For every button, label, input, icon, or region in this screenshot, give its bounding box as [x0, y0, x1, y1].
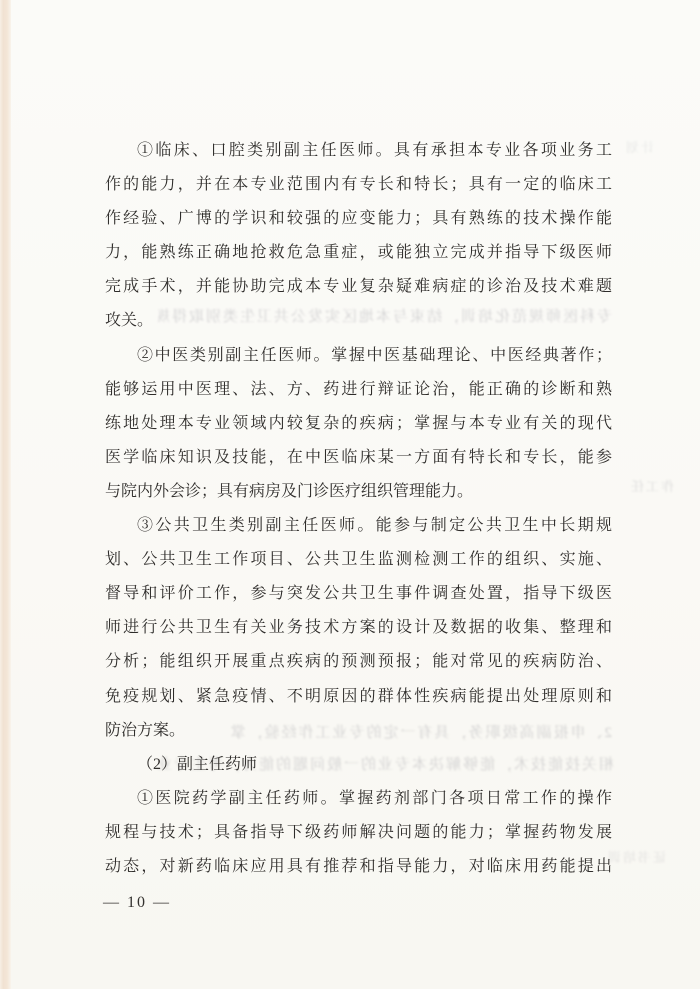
text-line: 练地处理本专业领域内较复杂的疾病；掌握与本专业有关的现代	[105, 407, 612, 441]
text-line: 督导和评价工作，参与突发公共卫生事件调查处置，指导下级医	[105, 577, 612, 611]
text-line: 力，能熟练正确地抢救危急重症，或能独立完成并指导下级医师	[105, 236, 612, 270]
text-line: 作的能力，并在本专业范围内有专长和特长；具有一定的临床工	[105, 168, 612, 202]
text-line: ①临床、口腔类别副主任医师。具有承担本专业各项业务工	[105, 134, 612, 168]
page-number: — 10 —	[103, 892, 171, 914]
text-line: 能够运用中医理、法、方、药进行辩证论治，能正确的诊断和熟	[105, 373, 612, 407]
text-line: 划、公共卫生工作项目、公共卫生监测检测工作的组织、实施、	[105, 543, 612, 577]
text-line: ②中医类别副主任医师。掌握中医基础理论、中医经典著作；	[105, 339, 612, 373]
text-line: 师进行公共卫生有关业务技术方案的设计及数据的收集、整理和	[105, 611, 612, 645]
document-body: ①临床、口腔类别副主任医师。具有承担本专业各项业务工 作的能力，并在本专业范围内…	[105, 134, 612, 884]
scanned-page: 专科医师规范化培训，结束与本地区实发公共卫生类别取得规培 作工任 2、申报副高级…	[0, 0, 700, 989]
text-line: 完成手术，并能协助完成本专业复杂疑难病症的诊治及技术难题	[105, 270, 612, 304]
text-line: 免疫规划、紧急疫情、不明原因的群体性疾病能提出处理原则和	[105, 680, 612, 714]
text-line: 分析；能组织开展重点疾病的预测预报；能对常见的疾病防治、	[105, 645, 612, 679]
text-line: 攻关。	[105, 304, 612, 338]
text-line: 规程与技术；具备指导下级药师解决问题的能力；掌握药物发展	[105, 816, 612, 850]
text-line: 防治方案。	[105, 714, 612, 748]
text-line: 动态，对新药临床应用具有推荐和指导能力，对临床用药能提出	[105, 850, 612, 884]
text-line: 医学临床知识及技能，在中医临床某一方面有特长和专长，能参	[105, 441, 612, 475]
text-line: 与院内外会诊；具有病房及门诊医疗组织管理能力。	[105, 475, 612, 509]
page-edge-strip	[0, 0, 11, 989]
text-line: 作经验、广博的学识和较强的应变能力；具有熟练的技术操作能	[105, 202, 612, 236]
text-line: ①医院药学副主任药师。掌握药剂部门各项日常工作的操作	[105, 782, 612, 816]
text-line: ③公共卫生类别副主任医师。能参与制定公共卫生中长期规	[105, 509, 612, 543]
text-line: （2）副主任药师	[105, 748, 612, 782]
